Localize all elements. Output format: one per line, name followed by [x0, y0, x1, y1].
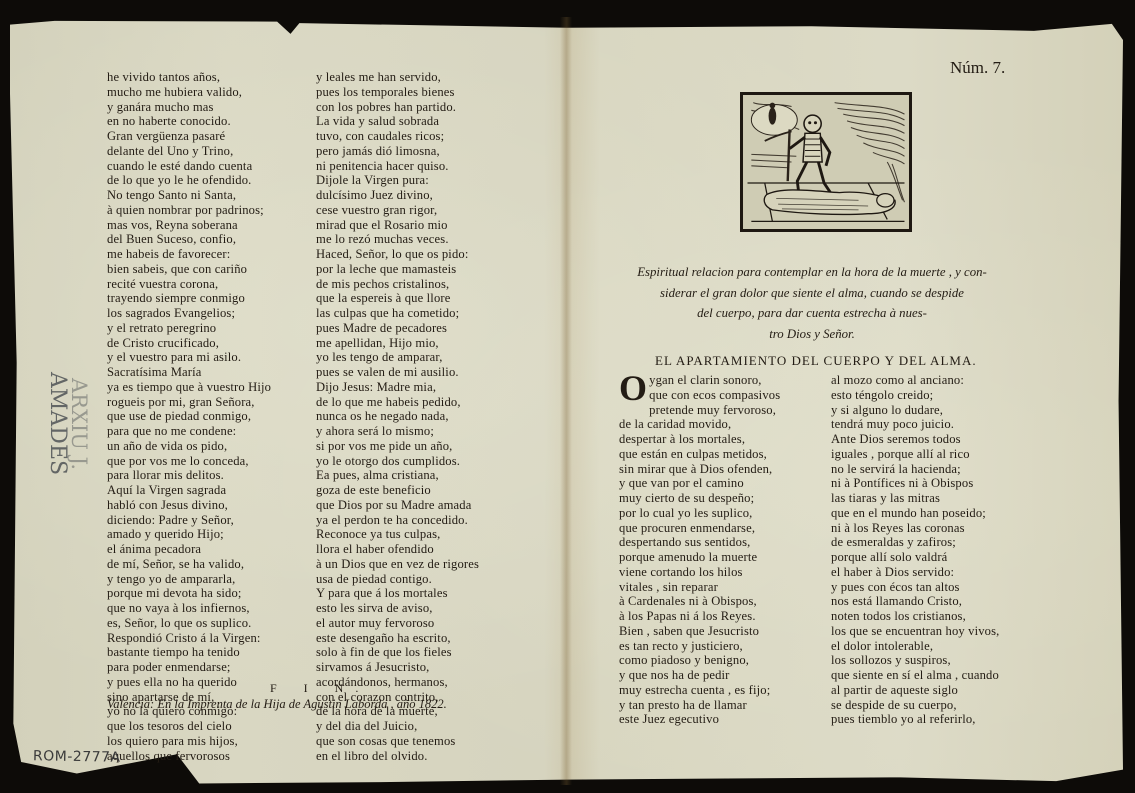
shelfmark: ROM-2777A — [33, 748, 121, 766]
verse-line: es, Señor, lo que os suplico. — [107, 616, 271, 631]
verse-line: Ea pues, alma cristiana, — [316, 468, 479, 483]
stamp-line-2: AMADES — [46, 372, 68, 475]
verse-line: y el retrato peregrino — [107, 321, 271, 336]
verse-line: y tengo yo de ampararla, — [107, 572, 271, 587]
verse-line: Ante Dios seremos todos — [831, 432, 999, 447]
verse-line: y ahora será lo mismo; — [316, 424, 479, 439]
verse-line: ya es tiempo que à vuestro Hijo — [107, 380, 271, 395]
verse-line: Aquí la Virgen sagrada — [107, 483, 271, 498]
verse-line: por la leche que mamasteis — [316, 262, 479, 277]
verse-line: delante del Uno y Trino, — [107, 144, 271, 159]
verse-line: el dolor intolerable, — [831, 639, 999, 654]
verse-line: ya el perdon te ha concedido. — [316, 513, 479, 528]
verse-line: me lo rezó muchas veces. — [316, 232, 479, 247]
verse-line: No tengo Santo ni Santa, — [107, 188, 271, 203]
verse-line: porque allí solo valdrá — [831, 550, 999, 565]
verse-line: que los tesoros del cielo — [107, 719, 271, 734]
verse-line: porque amenudo la muerte — [619, 550, 772, 565]
verse-line: que están en culpas metidos, — [619, 447, 772, 462]
verse-line: Haced, Señor, lo que os pido: — [316, 247, 479, 262]
verse-line: pues Madre de pecadores — [316, 321, 479, 336]
verse-line: que no vaya à los infiernos, — [107, 601, 271, 616]
verse-line: vitales , sin reparar — [619, 580, 772, 595]
title-line: Espiritual relacion para contemplar en l… — [616, 262, 1008, 283]
verse-line: mucho me hubiera valido, — [107, 85, 271, 100]
verse-line: de Cristo crucificado, — [107, 336, 271, 351]
verse-line: que procuren enmendarse, — [619, 521, 772, 536]
verse-line: La vida y salud sobrada — [316, 114, 479, 129]
verse-line: ni à los Reyes las coronas — [831, 521, 999, 536]
verse-line: por lo cual yo les suplico, — [619, 506, 772, 521]
verse-line: y si alguno lo dudare, — [831, 403, 999, 418]
verse-line: rogueis por mi, gran Señora, — [107, 395, 271, 410]
verse-line: esto téngolo creido; — [831, 388, 999, 403]
verse-line: yo les tengo de amparar, — [316, 350, 479, 365]
verse-line: Y para que á los mortales — [316, 586, 479, 601]
verse-line: nunca os he negado nada, — [316, 409, 479, 424]
verse-line: habló con Jesus divino, — [107, 498, 271, 513]
verse-line: de lo que me habeis pedido, — [316, 395, 479, 410]
verse-line: Reconoce ya tus culpas, — [316, 527, 479, 542]
verse-line: y pues ella no ha querido — [107, 675, 271, 690]
section-heading: EL APARTAMIENTO DEL CUERPO Y DEL ALMA. — [655, 353, 977, 369]
verse-line: despertar à los mortales, — [619, 432, 772, 447]
verse-line: usa de piedad contigo. — [316, 572, 479, 587]
verse-line: bien sabeis, que con cariño — [107, 262, 271, 277]
verse-line: porque mi devota ha sido; — [107, 586, 271, 601]
verse-line: pues tiemblo yo al referirlo, — [831, 712, 999, 727]
verse-line: Sacratísima María — [107, 365, 271, 380]
left-page-column-1: he vivido tantos años,mucho me hubiera v… — [107, 70, 271, 763]
verse-line: viene cortando los hilos — [619, 565, 772, 580]
right-page-column-1: O ygan el clarin sonoro,que con ecos com… — [619, 373, 772, 727]
verse-line: mirad que el Rosario mio — [316, 218, 479, 233]
verse-line: muy estrecha cuenta , es fijo; — [619, 683, 772, 698]
verse-line: goza de este beneficio — [316, 483, 479, 498]
verse-line: sin mirar que à Dios ofenden, — [619, 462, 772, 477]
center-fold — [560, 17, 572, 785]
verse-line: esto les sirva de aviso, — [316, 601, 479, 616]
verse-line: ni penitencia hacer quiso. — [316, 159, 479, 174]
verse-line: el autor muy fervoroso — [316, 616, 479, 631]
verse-line: he vivido tantos años, — [107, 70, 271, 85]
verse-line: que use de piedad conmigo, — [107, 409, 271, 424]
verse-line: al partir de aqueste siglo — [831, 683, 999, 698]
verse-line: yo le otorgo dos cumplidos. — [316, 454, 479, 469]
verse-line: es tan recto y justiciero, — [619, 639, 772, 654]
verse-line: aquellos que fervorosos — [107, 749, 271, 764]
verse-line: que Dios por su Madre amada — [316, 498, 479, 513]
verse-line: à Cardenales ni à Obispos, — [619, 594, 772, 609]
verse-line: y el vuestro para mi asilo. — [107, 350, 271, 365]
verse-line: me habeis de favorecer: — [107, 247, 271, 262]
fin-label: F I N. — [270, 681, 370, 696]
verse-line: que la espereis à que llore — [316, 291, 479, 306]
verse-line: me apellidan, Hijo mio, — [316, 336, 479, 351]
verse-line: y del dia del Juicio, — [316, 719, 479, 734]
woodcut-illustration — [740, 92, 912, 232]
verse-line: cuando le esté dando cuenta — [107, 159, 271, 174]
verse-line: iguales , porque allí al rico — [831, 447, 999, 462]
title-line: siderar el gran dolor que siente el alma… — [616, 283, 1008, 304]
verse-line: bastante tiempo ha tenido — [107, 645, 271, 660]
verse-line: cese vuestro gran rigor, — [316, 203, 479, 218]
right-page-column-2: al mozo como al anciano:esto téngolo cre… — [831, 373, 999, 727]
verse-line: para que no me condene: — [107, 424, 271, 439]
verse-line: para llorar mis delitos. — [107, 468, 271, 483]
verse-line: los quiero para mis hijos, — [107, 734, 271, 749]
verse-line: de mí, Señor, se ha valido, — [107, 557, 271, 572]
verse-line: Dijole la Virgen pura: — [316, 173, 479, 188]
verse-line: noten todos los cristianos, — [831, 609, 999, 624]
skeleton-death-woodcut-icon — [743, 95, 909, 229]
document-title: Espiritual relacion para contemplar en l… — [616, 262, 1008, 344]
verse-line: este desengaño ha escrito, — [316, 631, 479, 646]
verse-line: tendrá muy poco juicio. — [831, 417, 999, 432]
verse-line: pues los temporales bienes — [316, 85, 479, 100]
verse-line: nos está llamando Cristo, — [831, 594, 999, 609]
verse-line: para poder enmendarse; — [107, 660, 271, 675]
verse-line: los sollozos y suspiros, — [831, 653, 999, 668]
stamp-line-1: ARXIU J. — [68, 372, 90, 475]
verse-line: recité vuestra corona, — [107, 277, 271, 292]
verse-line: pues se valen de mi ausilio. — [316, 365, 479, 380]
verse-line: de lo que yo le he ofendido. — [107, 173, 271, 188]
verse-line: al mozo como al anciano: — [831, 373, 999, 388]
verse-line: y ganára mucho mas — [107, 100, 271, 115]
issue-number: Núm. 7. — [950, 58, 1005, 78]
verse-line: y tan presto ha de llamar — [619, 698, 772, 713]
verse-line: que por vos me lo conceda, — [107, 454, 271, 469]
verse-line: y que nos ha de pedir — [619, 668, 772, 683]
verse-line: las tiaras y las mitras — [831, 491, 999, 506]
left-page-column-2: y leales me han servido,pues los tempora… — [316, 70, 479, 763]
verse-line: Dijo Jesus: Madre mia, — [316, 380, 479, 395]
verse-line: el haber à Dios servido: — [831, 565, 999, 580]
verse-line: muy cierto de su despeño; — [619, 491, 772, 506]
title-line: tro Dios y Señor. — [616, 324, 1008, 345]
imprint-line: Valencia: En la Imprenta de la Hija de A… — [107, 697, 447, 712]
verse-line: el ánima pecadora — [107, 542, 271, 557]
verse-line: que siente en sí el alma , cuando — [831, 668, 999, 683]
verse-line: dulcísimo Juez divino, — [316, 188, 479, 203]
verse-line: y pues con écos tan altos — [831, 580, 999, 595]
verse-line: trayendo siempre conmigo — [107, 291, 271, 306]
verse-line: amado y querido Hijo; — [107, 527, 271, 542]
verse-line: Bien , saben que Jesucristo — [619, 624, 772, 639]
verse-line: despertando sus sentidos, — [619, 535, 772, 550]
verse-line: un año de vida os pido, — [107, 439, 271, 454]
verse-line: que en el mundo han poseido; — [831, 506, 999, 521]
verse-line: los que se encuentran hoy vivos, — [831, 624, 999, 639]
verse-line: del Buen Suceso, confio, — [107, 232, 271, 247]
verse-line: con los pobres han partido. — [316, 100, 479, 115]
verse-line: llora el haber ofendido — [316, 542, 479, 557]
verse-line: tuvo, con caudales ricos; — [316, 129, 479, 144]
verse-line: sirvamos á Jesucristo, — [316, 660, 479, 675]
verse-line: Respondió Cristo á la Virgen: — [107, 631, 271, 646]
verse-line: este Juez egecutivo — [619, 712, 772, 727]
verse-line: en no haberte conocido. — [107, 114, 271, 129]
drop-cap: O — [619, 373, 647, 403]
verse-line: como piadoso y benigno, — [619, 653, 772, 668]
verse-line: y que van por el camino — [619, 476, 772, 491]
verse-line: solo à fin de que los fieles — [316, 645, 479, 660]
verse-line: de mis pechos cristalinos, — [316, 277, 479, 292]
verse-line: no le servirá la hacienda; — [831, 462, 999, 477]
verse-line: à quien nombrar por padrinos; — [107, 203, 271, 218]
verse-line: à los Papas ni á los Reyes. — [619, 609, 772, 624]
verse-line: ni à Pontífices ni à Obispos — [831, 476, 999, 491]
verse-line: de la caridad movido, — [619, 417, 772, 432]
archive-stamp: ARXIU J. AMADES — [46, 372, 90, 475]
verse-line: en el libro del olvido. — [316, 749, 479, 764]
verse-line: se despide de su cuerpo, — [831, 698, 999, 713]
verse-line: las culpas que ha cometido; — [316, 306, 479, 321]
verse-line: Gran vergüenza pasaré — [107, 129, 271, 144]
title-line: del cuerpo, para dar cuenta estrecha à n… — [616, 303, 1008, 324]
verse-line: si por vos me pide un año, — [316, 439, 479, 454]
verse-line: à un Dios que en vez de rigores — [316, 557, 479, 572]
verse-line: y leales me han servido, — [316, 70, 479, 85]
verse-line: los sagrados Evangelios; — [107, 306, 271, 321]
verse-line: que son cosas que tenemos — [316, 734, 479, 749]
verse-line: diciendo: Padre y Señor, — [107, 513, 271, 528]
verse-line: pero jamás dió limosna, — [316, 144, 479, 159]
verse-line: mas vos, Reyna soberana — [107, 218, 271, 233]
verse-line: de esmeraldas y zafiros; — [831, 535, 999, 550]
